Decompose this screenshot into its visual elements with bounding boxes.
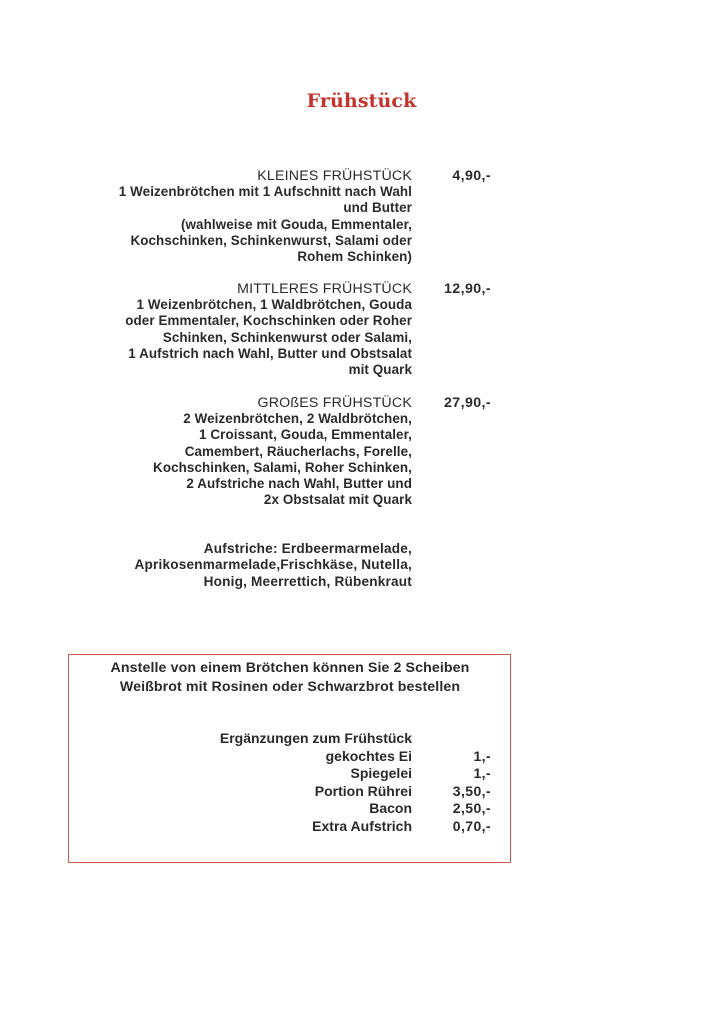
desc-line: und Butter <box>40 200 412 216</box>
desc-line: 1 Croissant, Gouda, Emmentaler, <box>40 427 412 443</box>
item-price: 27,90,- <box>412 395 491 411</box>
item-price: 4,90,- <box>412 168 491 184</box>
extra-name: Bacon <box>40 800 412 818</box>
desc-line: mit Quark <box>40 362 412 378</box>
bread-substitution-note: Anstelle von einem Brötchen können Sie 2… <box>68 659 512 696</box>
item-name: GROßES FRÜHSTÜCK <box>40 395 412 411</box>
extra-row: Spiegelei 1,- <box>40 765 491 783</box>
desc-line: 1 Aufstrich nach Wahl, Butter und Obstsa… <box>40 346 412 362</box>
extra-name: Spiegelei <box>40 765 412 783</box>
desc-line: 1 Weizenbrötchen, 1 Waldbrötchen, Gouda <box>40 297 412 313</box>
desc-line: Rohem Schinken) <box>40 249 412 265</box>
desc-line: 2 Aufstriche nach Wahl, Butter und <box>40 476 412 492</box>
extra-price: 1,- <box>412 765 491 783</box>
desc-line: Kochschinken, Salami, Roher Schinken, <box>40 460 412 476</box>
extras-title: Ergänzungen zum Frühstück <box>40 730 412 748</box>
desc-line: (wahlweise mit Gouda, Emmentaler, <box>40 217 412 233</box>
desc-line: Schinken, Schinkenwurst oder Salami, <box>40 330 412 346</box>
extra-price: 3,50,- <box>412 783 491 801</box>
extra-price: 1,- <box>412 748 491 766</box>
extra-row: Bacon 2,50,- <box>40 800 491 818</box>
menu-item-mittleres: MITTLERES FRÜHSTÜCK 1 Weizenbrötchen, 1 … <box>40 281 412 378</box>
spreads-line: Aufstriche: Erdbeermarmelade, <box>40 541 412 557</box>
item-name: KLEINES FRÜHSTÜCK <box>40 168 412 184</box>
item-price: 12,90,- <box>412 281 491 297</box>
desc-line: 2 Weizenbrötchen, 2 Waldbrötchen, <box>40 411 412 427</box>
item-description: 2 Weizenbrötchen, 2 Waldbrötchen, 1 Croi… <box>40 411 412 508</box>
spreads-line: Aprikosenmarmelade,Frischkäse, Nutella, <box>40 557 412 573</box>
menu-item-grosses: GROßES FRÜHSTÜCK 2 Weizenbrötchen, 2 Wal… <box>40 395 412 508</box>
menu-item-kleines: KLEINES FRÜHSTÜCK 1 Weizenbrötchen mit 1… <box>40 168 412 265</box>
desc-line: Camembert, Räucherlachs, Forelle, <box>40 444 412 460</box>
spreads-list: Aufstriche: Erdbeermarmelade, Aprikosenm… <box>40 541 412 590</box>
note-line: Anstelle von einem Brötchen können Sie 2… <box>68 659 512 678</box>
item-description: 1 Weizenbrötchen, 1 Waldbrötchen, Gouda … <box>40 297 412 378</box>
item-name: MITTLERES FRÜHSTÜCK <box>40 281 412 297</box>
desc-line: Kochschinken, Schinkenwurst, Salami oder <box>40 233 412 249</box>
item-description: 1 Weizenbrötchen mit 1 Aufschnitt nach W… <box>40 184 412 265</box>
desc-line: oder Emmentaler, Kochschinken oder Roher <box>40 313 412 329</box>
extra-name: Extra Aufstrich <box>40 818 412 836</box>
extra-row: gekochtes Ei 1,- <box>40 748 491 766</box>
extra-price: 2,50,- <box>412 800 491 818</box>
desc-line: 1 Weizenbrötchen mit 1 Aufschnitt nach W… <box>40 184 412 200</box>
spreads-line: Honig, Meerrettich, Rübenkraut <box>40 574 412 590</box>
extra-row: Extra Aufstrich 0,70,- <box>40 818 491 836</box>
extra-price: 0,70,- <box>412 818 491 836</box>
page-title: Frühstück <box>0 90 723 112</box>
extra-name: gekochtes Ei <box>40 748 412 766</box>
extra-name: Portion Rührei <box>40 783 412 801</box>
note-line: Weißbrot mit Rosinen oder Schwarzbrot be… <box>68 678 512 697</box>
extra-row: Portion Rührei 3,50,- <box>40 783 491 801</box>
menu-page: Frühstück KLEINES FRÜHSTÜCK 1 Weizenbröt… <box>0 0 723 1024</box>
desc-line: 2x Obstsalat mit Quark <box>40 492 412 508</box>
